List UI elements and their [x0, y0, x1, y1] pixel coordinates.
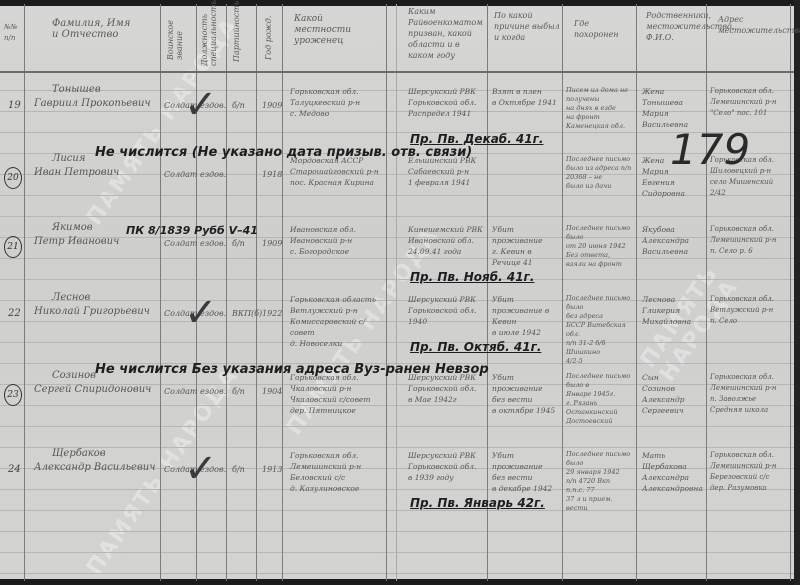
- burial-place: Последнее письмо было в Январе 1945г. г.…: [566, 372, 636, 426]
- header-name: Фамилия, Имя и Отчество: [52, 18, 130, 40]
- check-mark: ✓: [184, 446, 218, 492]
- ruled-line: [0, 447, 794, 448]
- annotation: Не числится Без указания адреса Вуз-ране…: [95, 362, 489, 377]
- surname: Лисия: [52, 153, 85, 165]
- reason-left: Убит проживание г. Кевин в Речице 41: [492, 224, 562, 268]
- column-divider: [24, 4, 25, 581]
- marginal-note: ПК 8/1839 Рубб V–41: [126, 224, 258, 237]
- relatives: Мать Щербакова Александра Александровна: [642, 450, 706, 494]
- birthplace: Горьковская обл. Талуцкевский р-н с. Мед…: [290, 86, 386, 119]
- annotation: Пр. Пв. Октяб. 41г.: [410, 340, 541, 354]
- home-address: Горьковская обл. Ветлужский р-н п. Село: [710, 294, 790, 327]
- position: ездов.: [200, 169, 226, 181]
- ruled-line: [0, 573, 794, 574]
- reason-left: Убит проживание без вести в октябре 1945: [492, 372, 562, 416]
- rank: Солдат: [164, 169, 197, 181]
- header-reason: По какой причине выбыл и когда: [494, 10, 560, 43]
- burial-place: Последнее письмо было 29 января 1942 п/п…: [566, 450, 636, 513]
- column-divider: [282, 4, 283, 581]
- home-address: Горьковская обл. Лемешинский р-н п. Село…: [710, 224, 790, 257]
- burial-place: Писем из дома не получены на днях в езде…: [566, 86, 636, 131]
- position: ездов.: [200, 386, 226, 398]
- party: б/п: [232, 386, 245, 398]
- given-names: Николай Григорьевич: [34, 306, 150, 318]
- relatives: Якубова Александра Васильевна: [642, 224, 706, 257]
- header-rule: [0, 71, 794, 73]
- birthplace: Горьковская обл. Чкаловский р-н Чкаловск…: [290, 372, 386, 416]
- burial-place: Последнее письмо было из адреса п/п 2036…: [566, 155, 636, 191]
- row-number: 22: [8, 308, 21, 319]
- reason-left: Убит проживание без вести в декабре 1942: [492, 450, 562, 494]
- column-divider: [386, 4, 387, 581]
- birth-year: 1909: [262, 100, 282, 112]
- ruled-line: [0, 279, 794, 280]
- position: ездов.: [200, 238, 226, 250]
- relatives: Леснова Гликерия Михайловна: [642, 294, 706, 327]
- surname: Якимов: [52, 222, 93, 234]
- home-address: Горьковская обл. Лемешинский р-н "Село" …: [710, 86, 790, 119]
- burial-place: Последнее письмо было без адреса БССР Ви…: [566, 294, 636, 366]
- header-num: №№ п/п: [4, 22, 17, 44]
- check-mark: ✓: [184, 290, 218, 336]
- column-divider: [562, 4, 563, 581]
- rank: Солдат: [164, 238, 197, 250]
- header-position: Должность специальность: [200, 0, 218, 66]
- column-divider: [790, 4, 791, 581]
- header-birthplace: Какой местности уроженец: [294, 14, 382, 47]
- burial-place: Последнее письмо было от 20 июня 1942 Бе…: [566, 224, 636, 269]
- header-party: Партийность: [232, 1, 241, 62]
- draft-office: Кинешемский РВК Ивановской обл. 24.09.41…: [408, 224, 488, 257]
- given-names: Иван Петрович: [34, 167, 119, 179]
- surname: Созинов: [52, 370, 96, 382]
- scan-edge: [0, 0, 800, 6]
- relatives: Жена Тонышева Мария Васильевна: [642, 86, 706, 130]
- header-buried: Где похоронен: [574, 18, 634, 40]
- ruled-line: [0, 426, 794, 427]
- birthplace: Горьковская область Ветлужский р-н Комис…: [290, 294, 386, 349]
- annotation: Пр. Пв. Декаб. 41г.: [410, 132, 543, 146]
- annotation: Пр. Пв. Январь 42г.: [410, 496, 545, 510]
- rank: Солдат: [164, 386, 197, 398]
- column-divider: [706, 4, 707, 581]
- annotation: Не числится (Не указано дата призыв. отв…: [95, 145, 472, 160]
- ruled-line: [0, 258, 794, 259]
- check-mark: ✓: [184, 82, 218, 128]
- relatives: Сын Созинов Александр Сергеевич: [642, 372, 706, 416]
- header-draft: Каким Райвоенкоматом призван, какой обла…: [408, 6, 486, 61]
- birthplace: Горьковская обл. Лемешинский р-н Беловск…: [290, 450, 386, 494]
- ruled-line: [0, 531, 794, 532]
- watermark: ПАМЯТЬ НАРОДА: [83, 14, 244, 230]
- birth-year: 1909: [262, 238, 282, 250]
- scan-edge: [794, 0, 800, 585]
- birth-year: 1904: [262, 386, 282, 398]
- column-divider: [226, 4, 227, 581]
- ruled-line: [0, 510, 794, 511]
- column-divider: [256, 4, 257, 581]
- ruled-line: [0, 216, 794, 217]
- document-scan: ПАМЯТЬ НАРОДА ПАМЯТЬ НАРОДА ПАМЯТЬ НАРОД…: [0, 0, 800, 585]
- given-names: Гавриил Прокопьевич: [34, 98, 151, 110]
- draft-office: Шерсукский РВК Горьковской обл. 1940: [408, 294, 488, 327]
- column-divider: [160, 4, 161, 581]
- scan-edge: [0, 579, 800, 585]
- birth-year: 1913: [262, 464, 282, 476]
- party: ВКП(б): [232, 308, 262, 320]
- party: б/п: [232, 238, 245, 250]
- row-number-circled: 20: [4, 167, 22, 189]
- given-names: Сергей Спиридонович: [34, 384, 151, 396]
- surname: Щербаков: [52, 448, 106, 460]
- birth-year: 1922: [262, 308, 282, 320]
- column-divider: [396, 4, 397, 581]
- sheet-number: 179: [670, 125, 750, 174]
- given-names: Александр Васильевич: [34, 462, 155, 474]
- column-divider: [636, 4, 637, 581]
- draft-office: Шерсукский РВК Горьковской обл. Распреде…: [408, 86, 488, 119]
- header-address: Адрес местожительства: [718, 14, 788, 36]
- ruled-line: [0, 342, 794, 343]
- birth-year: 1918: [262, 169, 282, 181]
- surname: Леснов: [52, 292, 90, 304]
- row-number: 24: [8, 464, 21, 475]
- row-number: 19: [8, 100, 21, 111]
- reason-left: Убит проживание в Кевин в июле 1942: [492, 294, 562, 338]
- header-birth-year: Год рожд.: [264, 16, 273, 60]
- given-names: Петр Иванович: [34, 236, 119, 248]
- ruled-line: [0, 552, 794, 553]
- row-number-circled: 23: [4, 384, 22, 406]
- home-address: Горьковская обл. Лемешинский р-н п. Заво…: [710, 372, 790, 416]
- birthplace: Ивановская обл. Ивановский р-н с. Богоро…: [290, 224, 386, 257]
- surname: Тонышев: [52, 84, 101, 96]
- header-rank: Воинское звание: [166, 20, 184, 60]
- header-relatives: Родственники, местожительство, Ф.И.О.: [646, 10, 706, 43]
- party: б/п: [232, 100, 245, 112]
- reason-left: Взят в плен в Октябре 1941: [492, 86, 562, 108]
- row-number-circled: 21: [4, 236, 22, 258]
- party: б/п: [232, 464, 245, 476]
- home-address: Горьковская обл. Лемешинский р-н Березов…: [710, 450, 790, 494]
- draft-office: Шерсукский РВК Горьковской обл. в 1939 г…: [408, 450, 488, 483]
- annotation: Пр. Пв. Нояб. 41г.: [410, 270, 534, 284]
